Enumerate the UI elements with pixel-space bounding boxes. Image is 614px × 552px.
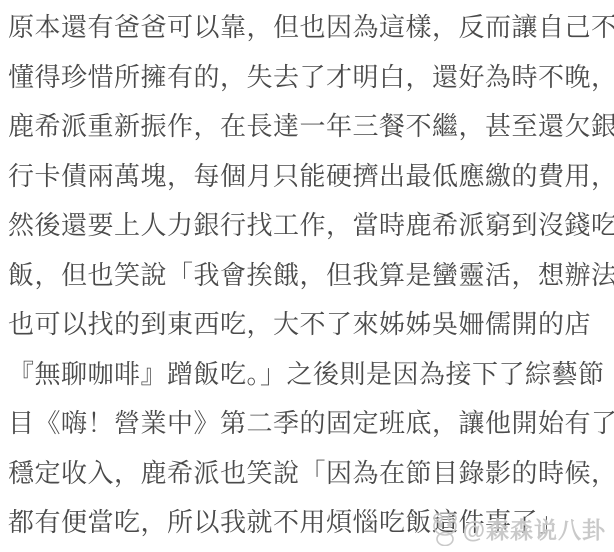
text-line: 鹿希派重新振作，在長達一年三餐不繼，甚至還欠銀 <box>8 102 608 152</box>
article-text-block: 原本還有爸爸可以靠，但也因為這樣，反而讓自己不 懂得珍惜所擁有的，失去了才明白，… <box>8 3 608 548</box>
text-line: 行卡債兩萬塊，每個月只能硬擠出最低應繳的費用， <box>8 152 608 202</box>
text-line: 飯，但也笑說「我會挨餓，但我算是蠻靈活，想辦法 <box>8 251 608 301</box>
text-line: 穩定收入，鹿希派也笑說「因為在節目錄影的時候， <box>8 449 608 499</box>
text-line: 目《嗨！營業中》第二季的固定班底，讓他開始有了 <box>8 399 608 449</box>
text-line: 『無聊咖啡』蹭飯吃。」之後則是因為接下了綜藝節 <box>8 350 608 400</box>
text-line: 懂得珍惜所擁有的，失去了才明白，還好為時不晚， <box>8 53 608 103</box>
text-line: 也可以找的到東西吃，大不了來姊姊吳姍儒開的店 <box>8 300 608 350</box>
text-line: 都有便當吃，所以我就不用煩惱吃飯這件事了」 <box>8 498 608 548</box>
text-line: 然後還要上人力銀行找工作，當時鹿希派窮到沒錢吃 <box>8 201 608 251</box>
text-line: 原本還有爸爸可以靠，但也因為這樣，反而讓自己不 <box>8 3 608 53</box>
